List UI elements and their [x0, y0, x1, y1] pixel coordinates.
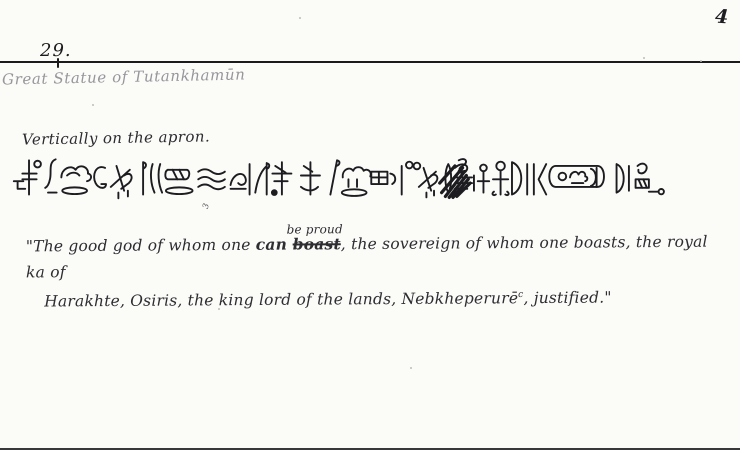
paper-speck [700, 60, 702, 62]
scribbled-out-glyph [440, 159, 470, 197]
paper-speck [410, 367, 412, 369]
hieroglyph-band [10, 154, 666, 216]
translation-line2-main: Harakhte, Osiris, the king lord of the l… [44, 289, 518, 310]
entry-number: 29. [40, 40, 72, 61]
struck-word-wrap: be proudboast [293, 231, 341, 257]
position-note: Vertically on the apron. [22, 127, 210, 148]
paper-speck [643, 57, 645, 59]
translation-paragraph: "The good god of whom one can be proudbo… [26, 229, 717, 315]
notebook-card: 4 29. Great Statue of Tutankhamūn Vertic… [0, 0, 740, 450]
page-number: 4 [714, 6, 729, 29]
translation-line2-end: , justified." [523, 288, 611, 307]
paper-speck [299, 17, 301, 19]
translation-line2: Harakhte, Osiris, the king lord of the l… [44, 281, 716, 315]
pencil-title: Great Statue of Tutankhamūn [2, 65, 246, 88]
translation-line1-open: "The good god of whom one [26, 236, 256, 256]
pen-stroke [57, 58, 59, 68]
paper-speck [218, 308, 220, 310]
glyph-group [14, 160, 41, 194]
paper-speck [92, 104, 94, 106]
header-rule [0, 61, 740, 63]
hieroglyph-drawing [10, 154, 666, 216]
inserted-correction: be proud [286, 216, 342, 242]
cartouche [549, 166, 604, 187]
